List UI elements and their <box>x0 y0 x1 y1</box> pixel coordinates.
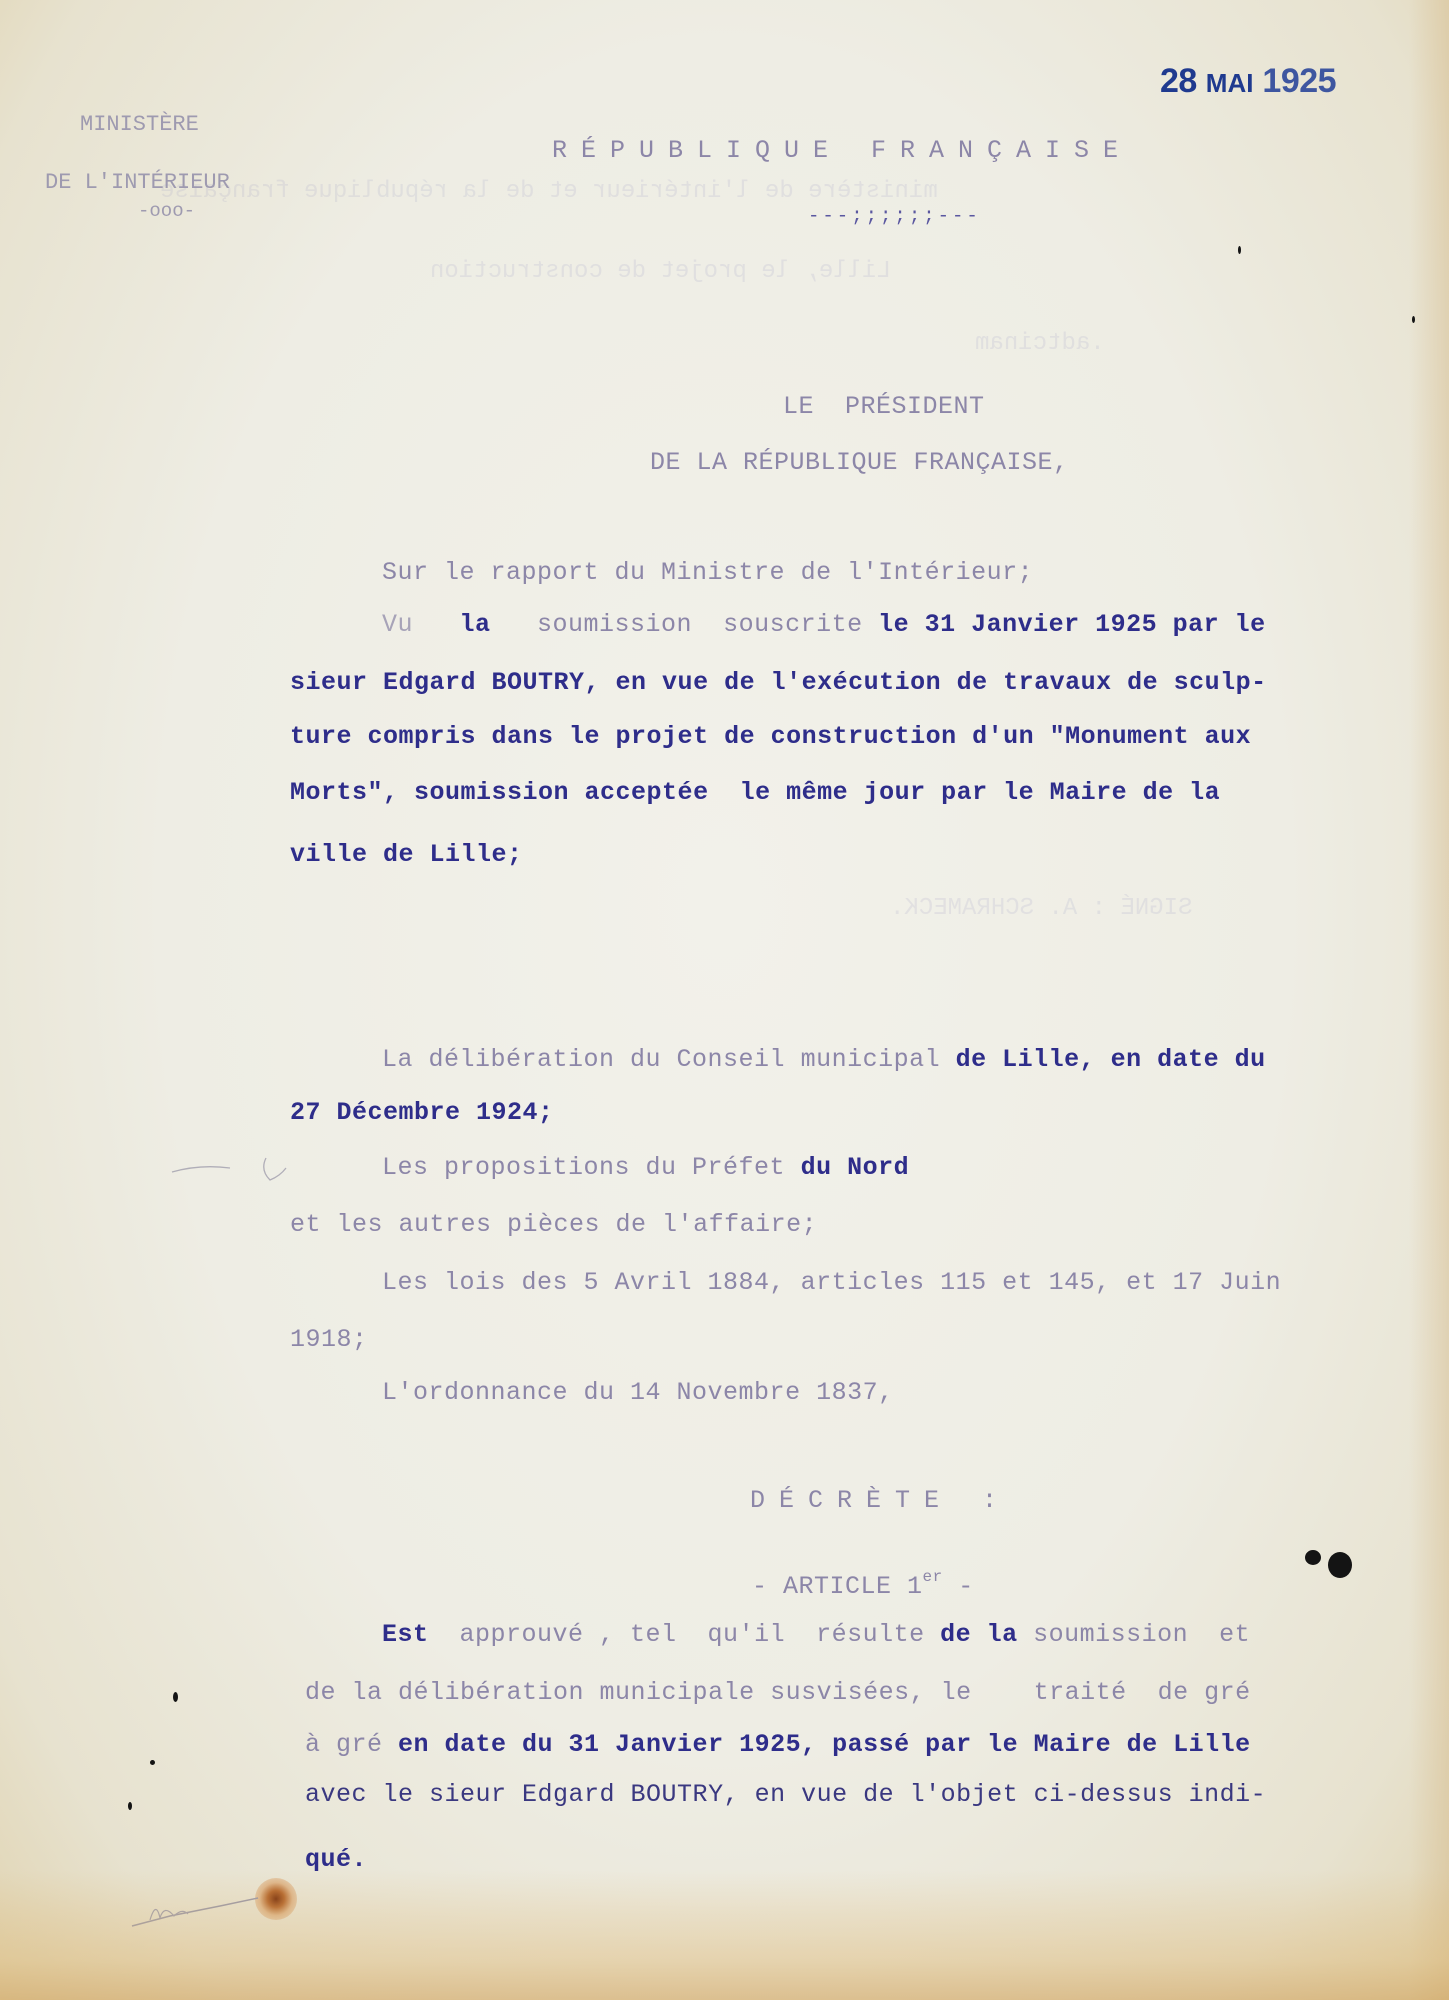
bleed-through-text: ministère de l'intérieur et de la républ… <box>160 178 938 205</box>
preamble-president: LE PRÉSIDENT <box>783 392 985 421</box>
ink-speck-icon <box>128 1802 132 1810</box>
visa-lois-line-2: 1918; <box>290 1325 368 1354</box>
ministry-line-1: MINISTÈRE <box>80 112 199 137</box>
ink-speck-icon <box>150 1760 155 1765</box>
ink-spot-icon <box>1305 1550 1321 1565</box>
visa-soumission-line-4: Morts", soumission acceptée le même jour… <box>290 778 1220 807</box>
visa-deliberation-line-2: 27 Décembre 1924; <box>290 1098 554 1127</box>
stamp-month: MAI <box>1206 68 1254 98</box>
document-page: ministère de l'intérieur et de la républ… <box>0 0 1449 2000</box>
ink-speck-icon <box>173 1692 178 1702</box>
ministry-line-3: -ooo- <box>138 200 195 222</box>
ink-speck-icon <box>1238 246 1241 254</box>
pencil-mark-icon <box>170 1150 290 1190</box>
republic-title: RÉPUBLIQUE FRANÇAISE <box>552 136 1132 165</box>
pencil-initials-icon <box>130 1890 260 1930</box>
visa-ordonnance: L'ordonnance du 14 Novembre 1837, <box>382 1378 894 1407</box>
visa-rapport: Sur le rapport du Ministre de l'Intérieu… <box>382 558 1033 587</box>
bleed-through-text: .adtcinam <box>975 330 1105 357</box>
decree-title: DÉCRÈTE : <box>750 1486 1011 1515</box>
visa-soumission-line-3: ture compris dans le projet de construct… <box>290 722 1251 751</box>
visa-propositions-line-1: Les propositions du Préfet du Nord <box>382 1153 909 1182</box>
visa-soumission-line-2: sieur Edgard BOUTRY, en vue de l'exécuti… <box>290 668 1267 697</box>
article-line-5: qué. <box>305 1845 367 1874</box>
article-line-4: avec le sieur Edgard BOUTRY, en vue de l… <box>305 1780 1266 1809</box>
title-separator: ---;;;;;;--- <box>808 205 981 227</box>
visa-soumission-line-1: Vu la soumission souscrite le 31 Janvier… <box>382 610 1266 639</box>
bleed-through-text: SIGNÉ : A. SCHRAMECK. <box>890 895 1192 922</box>
visa-lois-line-1: Les lois des 5 Avril 1884, articles 115 … <box>382 1268 1281 1297</box>
article-heading: - ARTICLE 1er - <box>752 1568 974 1601</box>
article-line-3: à gré en date du 31 Janvier 1925, passé … <box>305 1730 1251 1759</box>
stamp-day: 28 <box>1160 62 1197 100</box>
bleed-through-text: Lille, le projet de construction <box>430 258 891 285</box>
rust-stain-icon <box>255 1878 297 1920</box>
ink-spot-icon <box>1328 1552 1352 1578</box>
ink-speck-icon <box>1412 316 1415 323</box>
article-line-2: de la délibération municipale susvisées,… <box>305 1678 1251 1707</box>
preamble-republic: DE LA RÉPUBLIQUE FRANÇAISE, <box>650 448 1069 477</box>
visa-soumission-line-5: ville de Lille; <box>290 840 523 869</box>
date-stamp: 28 MAI 1925 <box>1160 62 1336 101</box>
ministry-line-2: DE L'INTÉRIEUR <box>45 170 230 195</box>
article-line-1: Est approuvé , tel qu'il résulte de la s… <box>382 1620 1250 1649</box>
visa-deliberation-line-1: La délibération du Conseil municipal de … <box>382 1045 1266 1074</box>
stamp-year: 1925 <box>1262 62 1336 100</box>
visa-propositions-line-2: et les autres pièces de l'affaire; <box>290 1210 817 1239</box>
